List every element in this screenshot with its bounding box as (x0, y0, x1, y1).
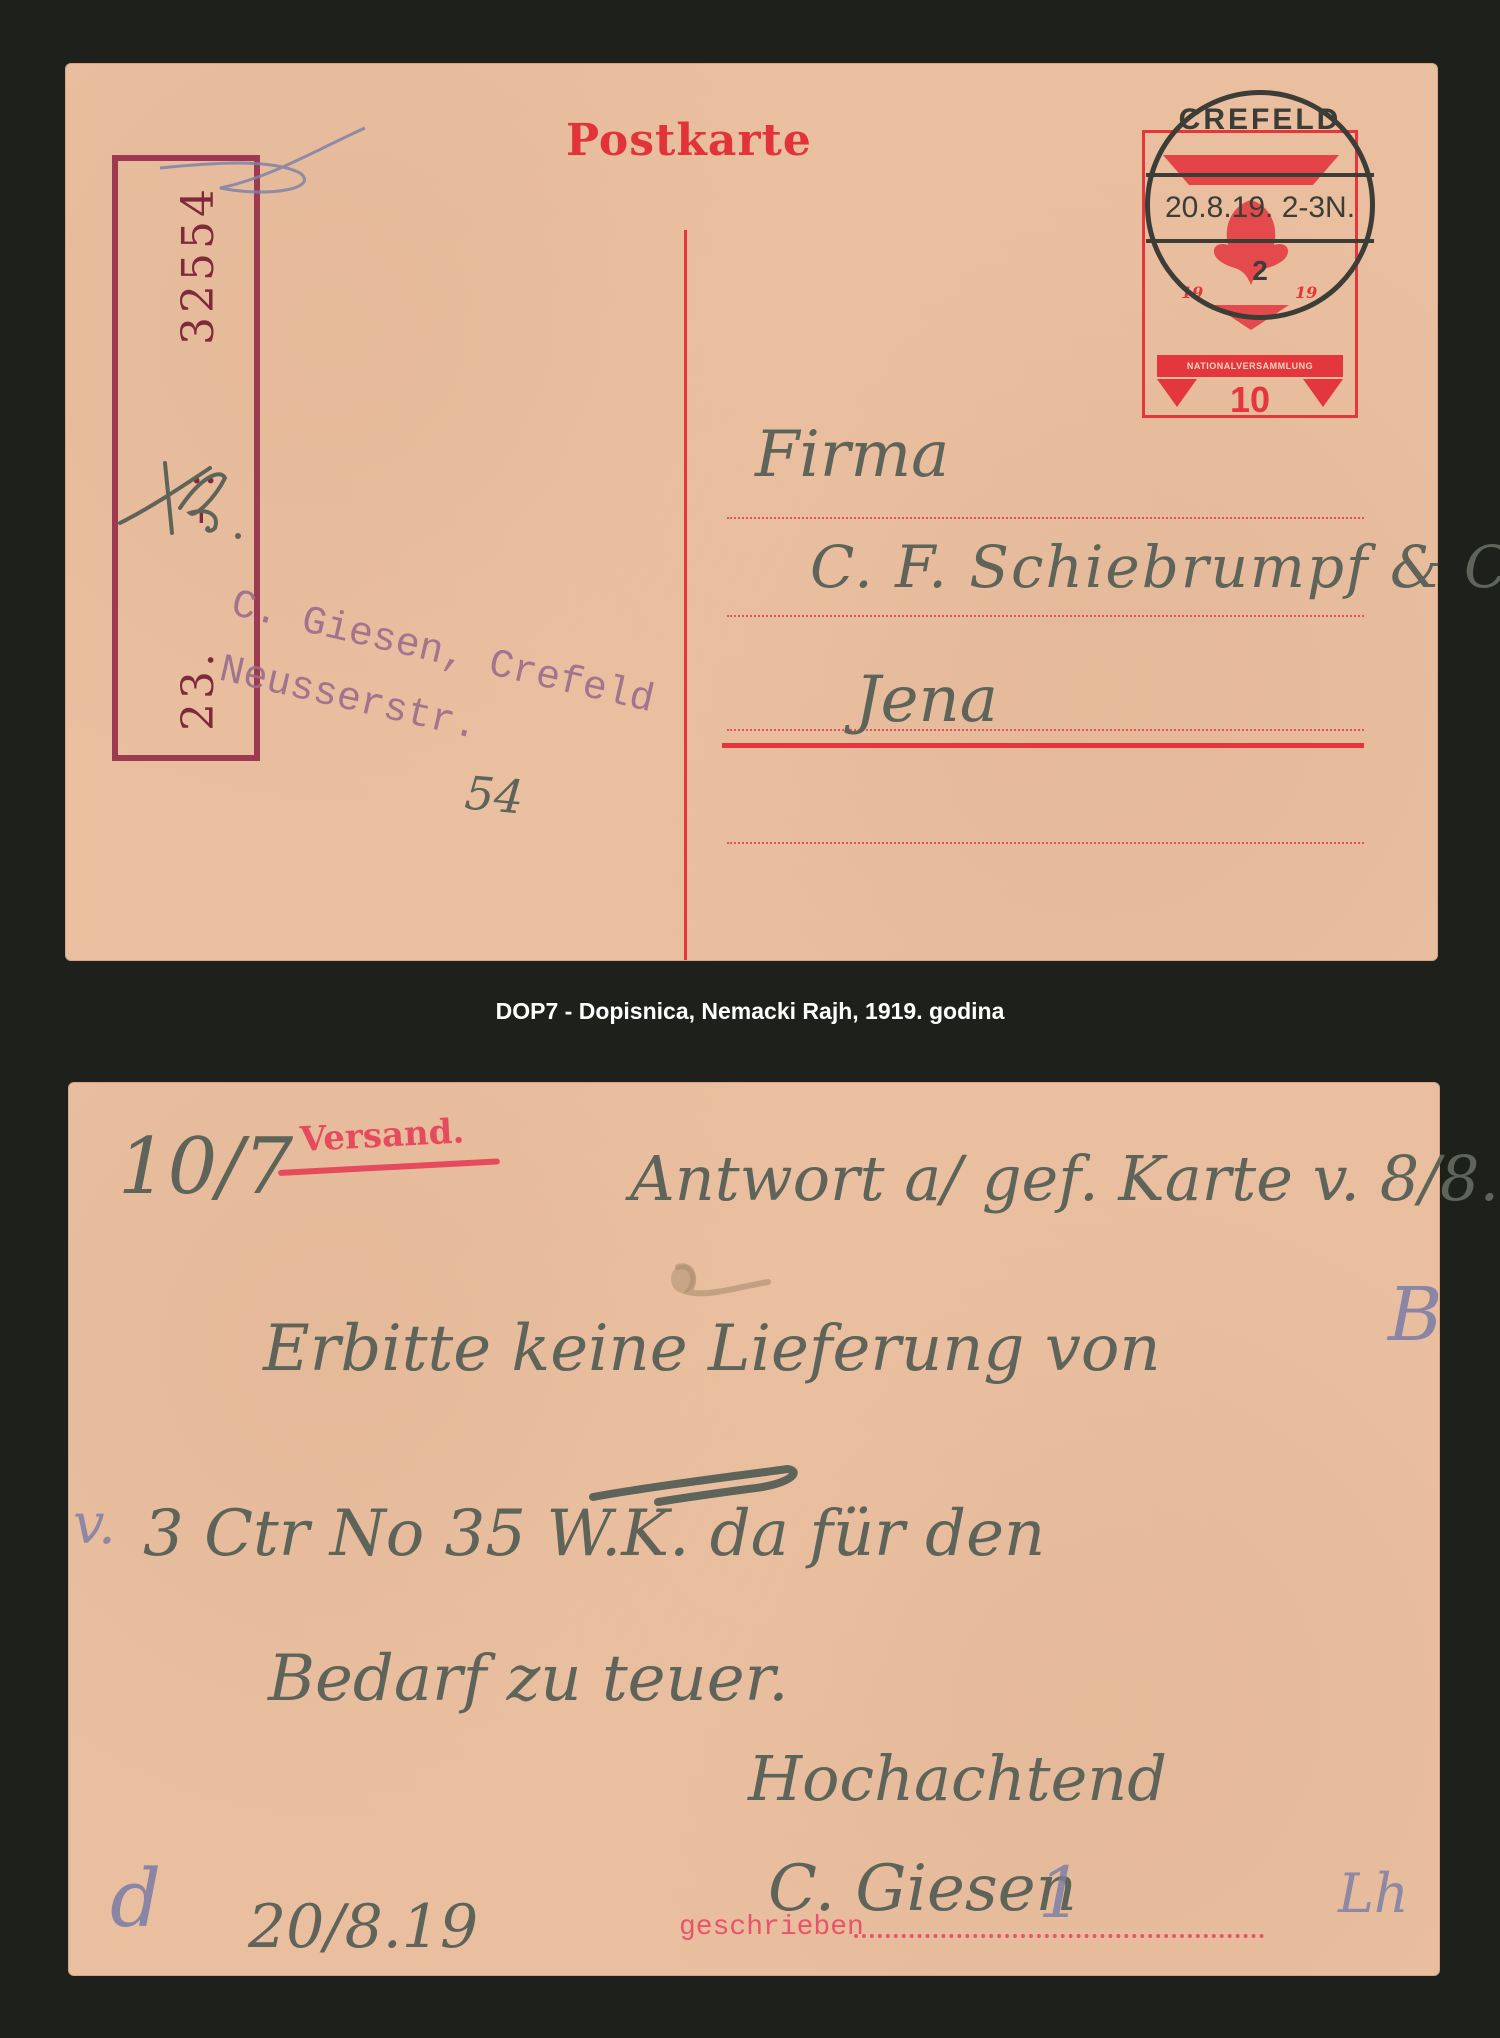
address-dotted-line (727, 729, 1364, 731)
address-line3: Jena (855, 663, 998, 737)
reference-number: 10/7 (118, 1122, 293, 1212)
written-date: 20/8.19 (248, 1892, 478, 1962)
pencil-bottom-left-mark: d (110, 1852, 161, 1945)
registration-number: 32554 (173, 185, 224, 345)
address-line1: Firma (755, 418, 949, 492)
pencil-bottom-right-mark: Lh (1338, 1862, 1409, 1925)
indicium-value: 10 (1145, 379, 1355, 421)
handwritten-initials (110, 438, 270, 558)
postcard-front: Postkarte 23. - : 32554 C. Giesen, Crefe… (65, 63, 1438, 961)
address-dotted-line (727, 615, 1364, 617)
sender-house-number: 54 (463, 766, 526, 825)
message-line-4: Bedarf zu teuer. (268, 1642, 789, 1716)
versand-stamp: Versand. (299, 1111, 465, 1160)
postcard-back: 10/7 Versand. Antwort a/ gef. Karte v. 8… (68, 1082, 1440, 1976)
image-caption: DOP7 - Dopisnica, Nemacki Rajh, 1919. go… (0, 998, 1500, 1025)
postcard-title: Postkarte (566, 115, 806, 166)
message-line-3: 3 Ctr No 35 W.K. da für den (143, 1497, 1045, 1571)
message-line-1: Antwort a/ gef. Karte v. 8/8.19 (630, 1142, 1500, 1215)
postmark-cancel: CREFELD 20.8.19. 2-3N. 2 (1145, 90, 1375, 320)
address-dotted-line (727, 517, 1364, 519)
printed-geschrieben-label: geschrieben (679, 1912, 864, 1943)
postmark-date-band: 20.8.19. 2-3N. (1146, 173, 1374, 243)
address-line2: C. F. Schiebrumpf & Co (810, 533, 1500, 601)
address-solid-line (722, 743, 1364, 748)
postmark-date: 20.8.19. 2-3N. (1165, 191, 1355, 225)
postmark-bottom-mark: 2 (1150, 255, 1370, 287)
geschrieben-dotted-line (854, 1934, 1264, 1938)
pencil-right-mark: B (1388, 1272, 1442, 1358)
postmark-city: CREFELD (1150, 103, 1370, 137)
pencil-left-mark: v. (73, 1492, 116, 1557)
ink-stain (658, 1257, 778, 1347)
versand-underline (278, 1158, 500, 1176)
pencil-swirl-mark (150, 118, 380, 208)
pencil-signature-overmark: 1 (1038, 1852, 1083, 1934)
address-dotted-line (727, 842, 1364, 844)
closing-line: Hochachtend (748, 1742, 1167, 1815)
indicium-banner: NATIONALVERSAMMLUNG (1157, 355, 1343, 377)
message-address-divider (684, 230, 687, 960)
